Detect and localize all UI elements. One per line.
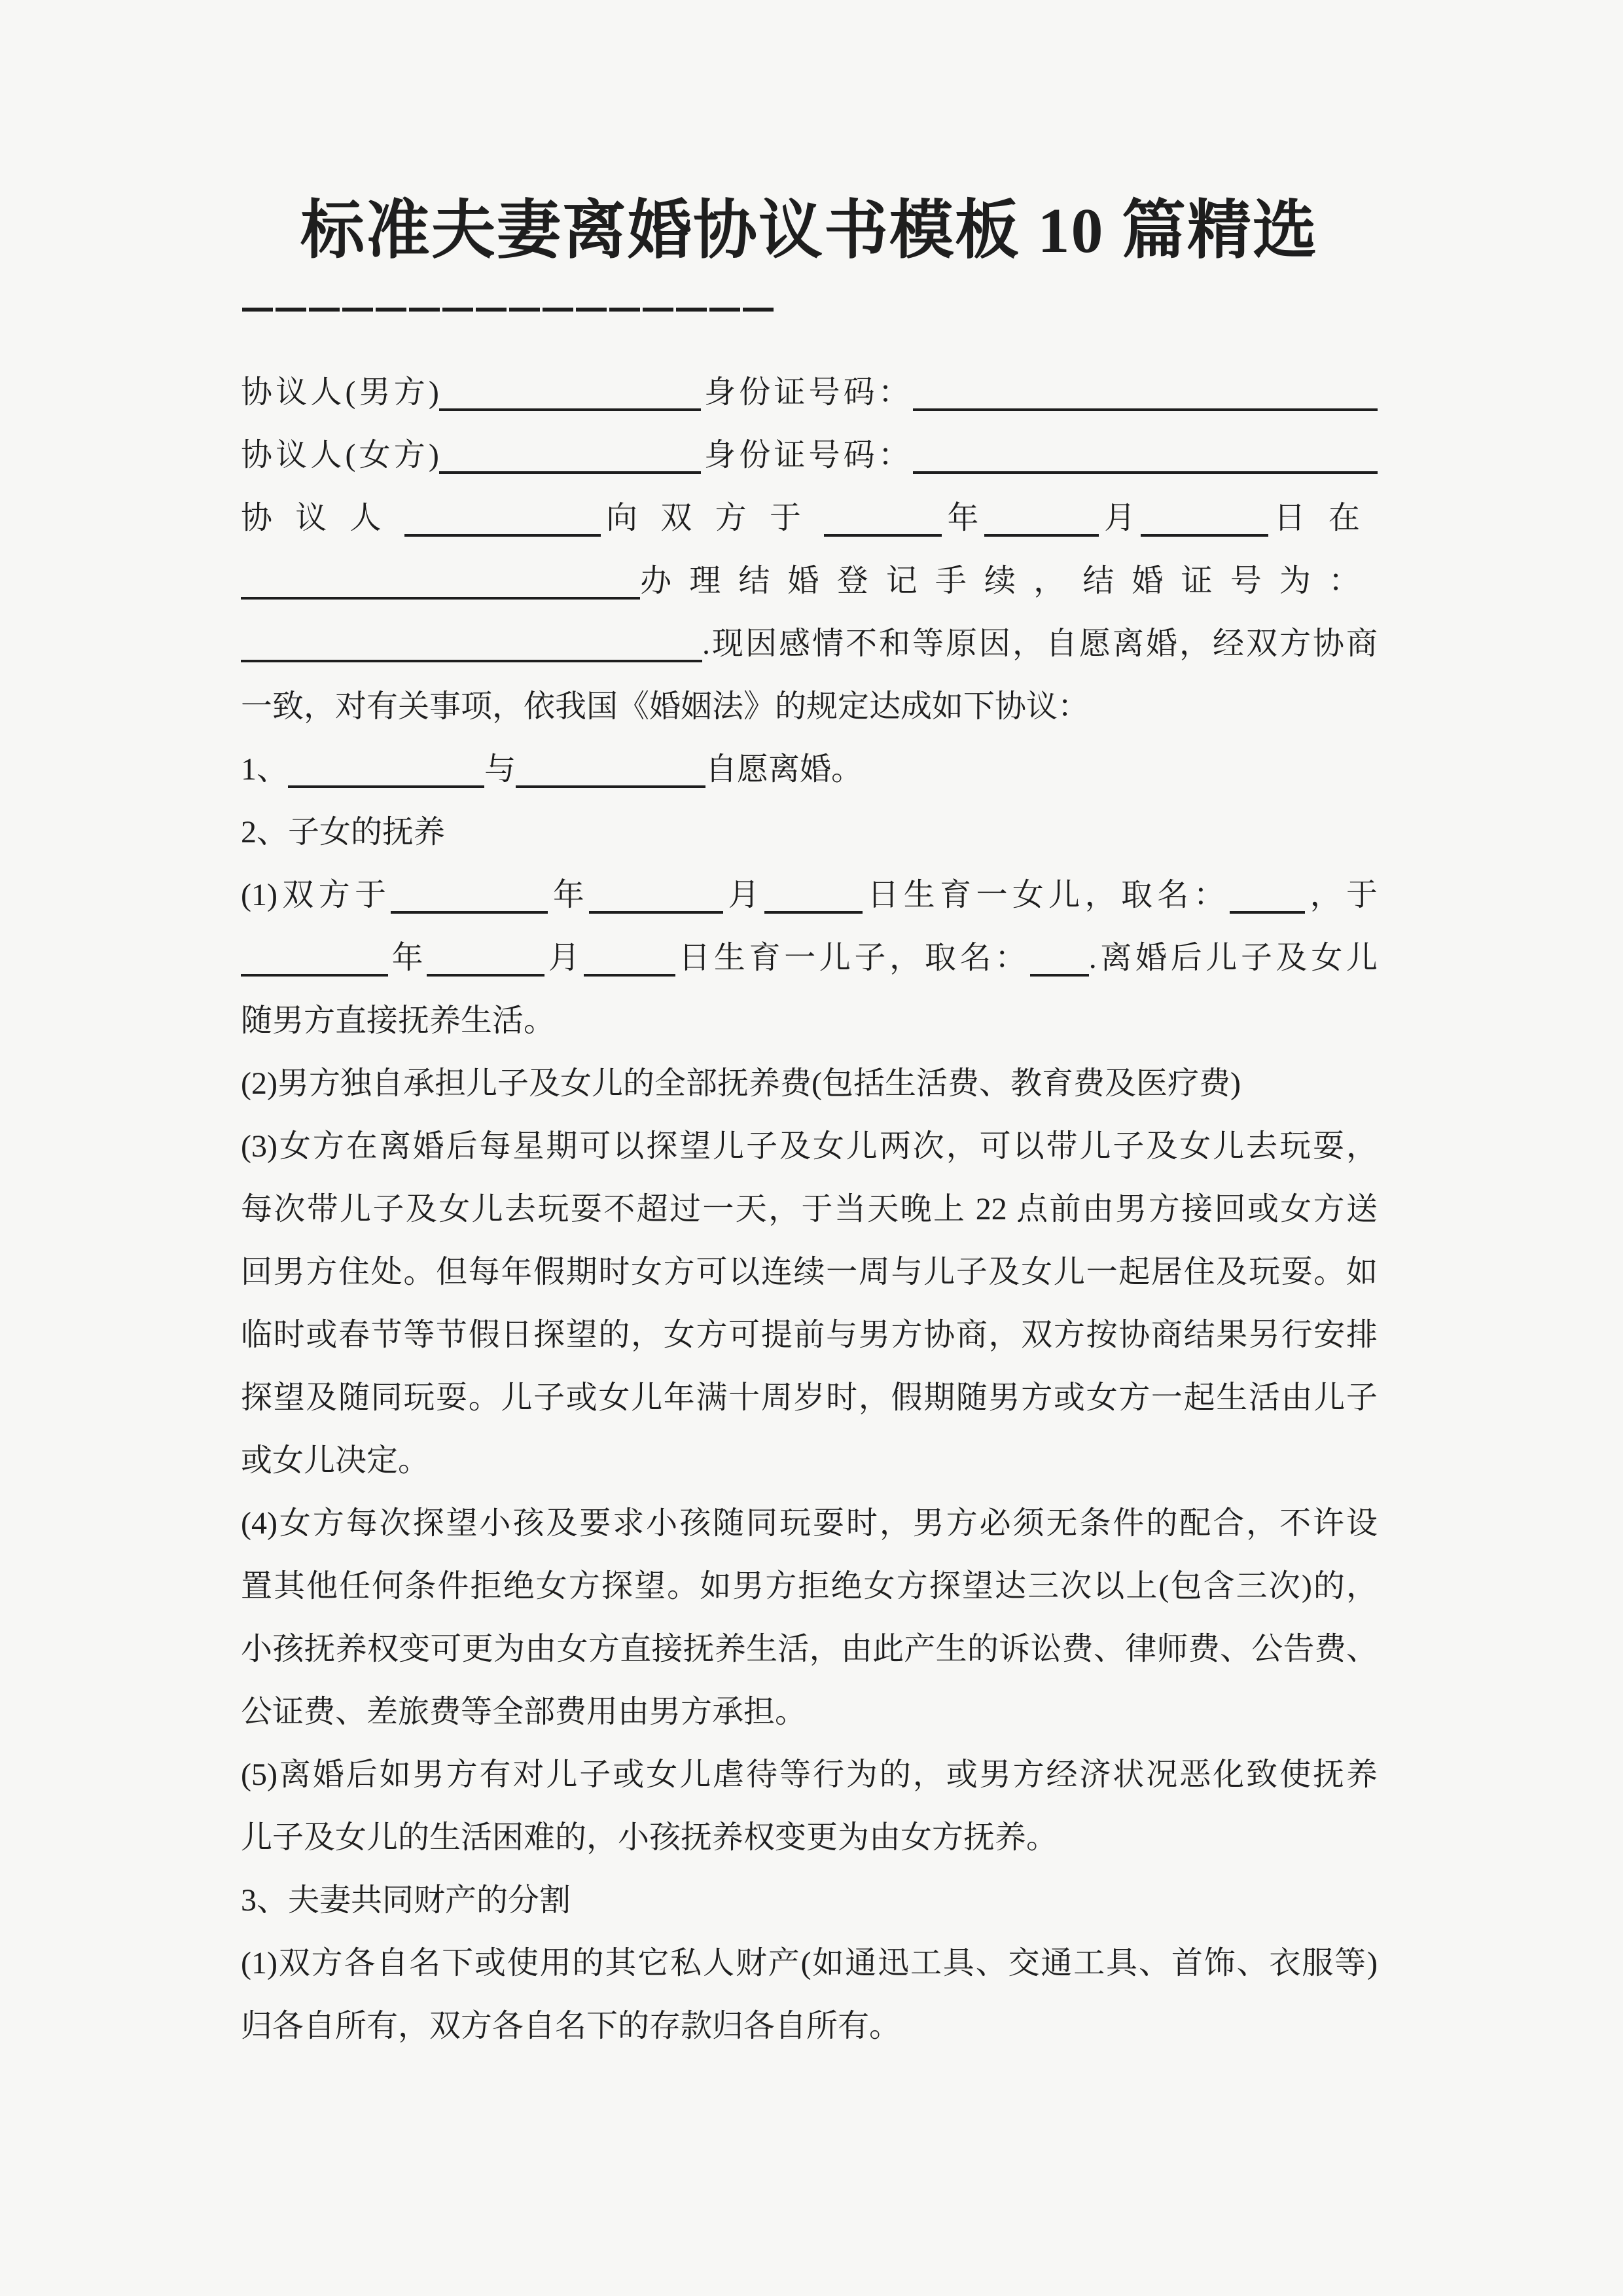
blank-field — [516, 779, 705, 788]
text-run: 日生育一女儿，取名： — [863, 878, 1230, 912]
text-run: 协议人(男方) — [241, 375, 439, 410]
text-run: 日生育一儿子，取名： — [675, 941, 1030, 975]
blank-field — [1030, 967, 1089, 977]
text-run: 月 — [544, 941, 583, 975]
blank-field — [913, 402, 1378, 411]
page-title: 标准夫妻离婚协议书模板 10 篇精选 — [241, 182, 1378, 280]
document-line: 办理结婚登记手续，结婚证号为： — [241, 550, 1378, 613]
document-body: 协议人(男方)身份证号码：协议人(女方)身份证号码：协议人向双方于年月日在办理结… — [241, 361, 1378, 2058]
blank-field — [589, 905, 723, 914]
document-page: 标准夫妻离婚协议书模板 10 篇精选 协议人(男方)身份证号码：协议人(女方)身… — [0, 0, 1623, 2296]
document-line: .现因感情不和等原因，自愿离婚，经双方协商 — [241, 613, 1378, 675]
document-line: 每次带儿子及女儿去玩耍不超过一天，于当天晚上 22 点前由男方接回或女方送 — [241, 1178, 1378, 1241]
text-run: 年 — [548, 878, 589, 912]
blank-field — [984, 528, 1099, 537]
text-run: (2)男方独自承担儿子及女儿的全部抚养费(包括生活费、教育费及医疗费) — [241, 1066, 1241, 1101]
document-line: 3、夫妻共同财产的分割 — [241, 1869, 1378, 1932]
text-run: 年 — [942, 501, 984, 535]
text-run: 身份证号码： — [701, 438, 913, 473]
text-run: 办理结婚登记手续，结婚证号为： — [640, 564, 1378, 598]
document-line: 1、与自愿离婚。 — [241, 738, 1378, 801]
text-run: 日在 — [1268, 501, 1378, 535]
blank-field — [241, 590, 640, 600]
separator-line — [242, 308, 776, 312]
blank-field — [824, 528, 942, 537]
text-run: 一致，对有关事项，依我国《婚姻法》的规定达成如下协议： — [241, 689, 1089, 724]
text-run: (5)离婚后如男方有对儿子或女儿虐待等行为的，或男方经济状况恶化致使抚养 — [241, 1757, 1378, 1792]
blank-field — [404, 528, 601, 537]
document-line: 儿子及女儿的生活困难的，小孩抚养权变更为由女方抚养。 — [241, 1806, 1378, 1869]
text-run: 探望及随同玩耍。儿子或女儿年满十周岁时，假期随男方或女方一起生活由儿子 — [241, 1380, 1378, 1415]
text-run: 向双方于 — [601, 501, 824, 535]
blank-field — [1141, 528, 1268, 537]
document-line: 临时或春节等节假日探望的，女方可提前与男方协商，双方按协商结果另行安排 — [241, 1304, 1378, 1367]
text-run: 月 — [1099, 501, 1141, 535]
blank-field — [288, 779, 484, 788]
text-run: 身份证号码： — [701, 375, 913, 410]
blank-field — [391, 905, 548, 914]
text-run: 公证费、差旅费等全部费用由男方承担。 — [241, 1695, 806, 1729]
text-run: 小孩抚养权变可更为由女方直接抚养生活，由此产生的诉讼费、律师费、公告费、 — [241, 1632, 1378, 1666]
text-run: 或女儿决定。 — [241, 1443, 429, 1478]
blank-field — [427, 967, 544, 977]
text-run: 随男方直接抚养生活。 — [241, 1003, 555, 1038]
document-line: 一致，对有关事项，依我国《婚姻法》的规定达成如下协议： — [241, 675, 1378, 738]
document-line: 探望及随同玩耍。儿子或女儿年满十周岁时，假期随男方或女方一起生活由儿子 — [241, 1367, 1378, 1429]
document-line: (4)女方每次探望小孩及要求小孩随同玩耍时，男方必须无条件的配合，不许设 — [241, 1492, 1378, 1555]
document-line: 协议人(女方)身份证号码： — [241, 424, 1378, 487]
text-run: 儿子及女儿的生活困难的，小孩抚养权变更为由女方抚养。 — [241, 1820, 1058, 1855]
blank-field — [241, 653, 702, 662]
document-line: 协议人向双方于年月日在 — [241, 487, 1378, 550]
text-run: 每次带儿子及女儿去玩耍不超过一天，于当天晚上 22 点前由男方接回或女方送 — [241, 1192, 1378, 1227]
blank-field — [439, 465, 701, 474]
text-run: 归各自所有，双方各自名下的存款归各自所有。 — [241, 2009, 901, 2043]
document-line: (1)双方于年月日生育一女儿，取名：，于 — [241, 864, 1378, 927]
document-line: 2、子女的抚养 — [241, 801, 1378, 864]
document-line: (3)女方在离婚后每星期可以探望儿子及女儿两次，可以带儿子及女儿去玩耍， — [241, 1115, 1378, 1178]
document-line: (1)双方各自名下或使用的其它私人财产(如通迅工具、交通工具、首饰、衣服等) — [241, 1932, 1378, 1995]
text-run: 协议人(女方) — [241, 438, 439, 473]
blank-field — [764, 905, 863, 914]
document-line: 回男方住处。但每年假期时女方可以连续一周与儿子及女儿一起居住及玩耍。如 — [241, 1241, 1378, 1304]
text-run: (1)双方各自名下或使用的其它私人财产(如通迅工具、交通工具、首饰、衣服等) — [241, 1946, 1378, 1981]
text-run: 年 — [388, 941, 427, 975]
text-run: ，于 — [1305, 878, 1378, 912]
document-line: 公证费、差旅费等全部费用由男方承担。 — [241, 1681, 1378, 1744]
document-line: 小孩抚养权变可更为由女方直接抚养生活，由此产生的诉讼费、律师费、公告费、 — [241, 1618, 1378, 1681]
text-run: (4)女方每次探望小孩及要求小孩随同玩耍时，男方必须无条件的配合，不许设 — [241, 1506, 1378, 1541]
text-run: .现因感情不和等原因，自愿离婚，经双方协商 — [702, 626, 1378, 661]
text-run: 临时或春节等节假日探望的，女方可提前与男方协商，双方按协商结果另行安排 — [241, 1318, 1378, 1352]
text-run: 3、夫妻共同财产的分割 — [241, 1883, 571, 1918]
text-run: (1)双方于 — [241, 878, 391, 912]
text-run: (3)女方在离婚后每星期可以探望儿子及女儿两次，可以带儿子及女儿去玩耍， — [241, 1129, 1378, 1164]
document-line: 协议人(男方)身份证号码： — [241, 361, 1378, 424]
document-line: 或女儿决定。 — [241, 1429, 1378, 1492]
blank-field — [913, 465, 1378, 474]
blank-field — [241, 967, 388, 977]
text-run: 置其他任何条件拒绝女方探望。如男方拒绝女方探望达三次以上(包含三次)的， — [241, 1569, 1378, 1604]
text-run: 月 — [723, 878, 764, 912]
text-run: 回男方住处。但每年假期时女方可以连续一周与儿子及女儿一起居住及玩耍。如 — [241, 1255, 1378, 1289]
document-line: 年月日生育一儿子，取名：.离婚后儿子及女儿 — [241, 927, 1378, 990]
document-line: (2)男方独自承担儿子及女儿的全部抚养费(包括生活费、教育费及医疗费) — [241, 1052, 1378, 1115]
document-line: 随男方直接抚养生活。 — [241, 990, 1378, 1052]
document-line: 置其他任何条件拒绝女方探望。如男方拒绝女方探望达三次以上(包含三次)的， — [241, 1555, 1378, 1618]
document-line: (5)离婚后如男方有对儿子或女儿虐待等行为的，或男方经济状况恶化致使抚养 — [241, 1744, 1378, 1806]
text-run: 与 — [484, 752, 516, 787]
document-line: 归各自所有，双方各自名下的存款归各自所有。 — [241, 1995, 1378, 2058]
text-run: 协议人 — [241, 501, 404, 535]
text-run: 自愿离婚。 — [705, 752, 863, 787]
text-run: 1、 — [241, 752, 288, 787]
blank-field — [439, 402, 701, 411]
text-run: 2、子女的抚养 — [241, 815, 445, 850]
blank-field — [1230, 905, 1305, 914]
text-run: .离婚后儿子及女儿 — [1089, 941, 1378, 975]
blank-field — [584, 967, 675, 977]
